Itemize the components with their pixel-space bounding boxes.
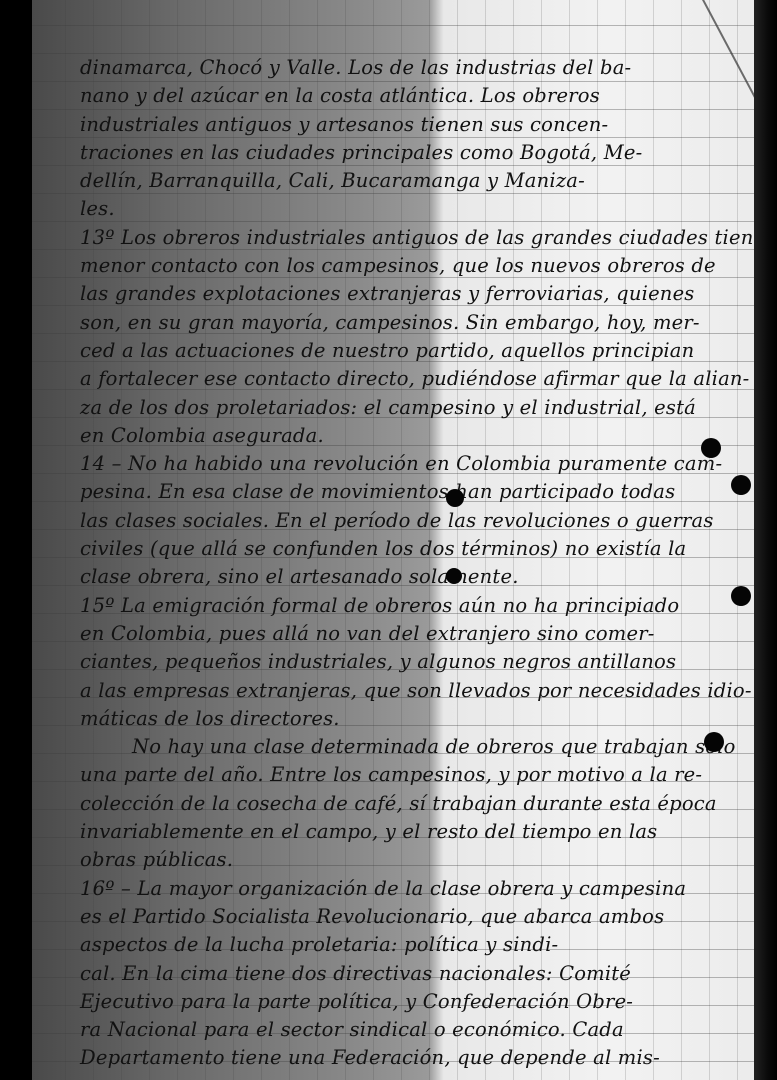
manuscript-line: 15º La emigración formal de obreros aún … (80, 592, 730, 620)
manuscript-line: las grandes explotaciones extranjeras y … (80, 280, 730, 308)
manuscript-line: traciones en las ciudades principales co… (80, 139, 730, 167)
manuscript-line: dinamarca, Chocó y Valle. Los de las ind… (80, 54, 730, 82)
ink-blot (446, 489, 464, 507)
manuscript-line: 13º Los obreros industriales antiguos de… (80, 224, 730, 252)
manuscript-line: les. (80, 195, 730, 223)
punch-hole (701, 438, 721, 458)
manuscript-line: ced a las actuaciones de nuestro partido… (80, 337, 730, 365)
handwritten-text-block: dinamarca, Chocó y Valle. Los de las ind… (80, 54, 730, 1073)
manuscript-line: colección de la cosecha de café, sí trab… (80, 790, 730, 818)
manuscript-line: cal. En la cima tiene dos directivas nac… (80, 960, 730, 988)
manuscript-line: za de los dos proletariados: el campesin… (80, 394, 730, 422)
ink-blot (446, 568, 462, 584)
manuscript-line: nano y del azúcar en la costa atlántica.… (80, 82, 730, 110)
punch-hole (731, 586, 751, 606)
manuscript-line: ra Nacional para el sector sindical o ec… (80, 1016, 730, 1044)
manuscript-line: Ejecutivo para la parte política, y Conf… (80, 988, 730, 1016)
manuscript-line: menor contacto con los campesinos, que l… (80, 252, 730, 280)
manuscript-line: clase obrera, sino el artesanado solamen… (80, 563, 730, 591)
manuscript-line: las clases sociales. En el período de la… (80, 507, 730, 535)
manuscript-line: 14 – No ha habido una revolución en Colo… (80, 450, 730, 478)
manuscript-line: en Colombia, pues allá no van del extran… (80, 620, 730, 648)
manuscript-line: es el Partido Socialista Revolucionario,… (80, 903, 730, 931)
manuscript-line: a las empresas extranjeras, que son llev… (80, 677, 730, 705)
manuscript-line: dellín, Barranquilla, Cali, Bucaramanga … (80, 167, 730, 195)
manuscript-line: aspectos de la lucha proletaria: polític… (80, 931, 730, 959)
manuscript-line: obras públicas. (80, 846, 730, 874)
manuscript-line: Departamento tiene una Federación, que d… (80, 1044, 730, 1072)
punch-hole (704, 732, 724, 752)
punch-hole (731, 475, 751, 495)
manuscript-line: son, en su gran mayoría, campesinos. Sin… (80, 309, 730, 337)
manuscript-line: 16º – La mayor organización de la clase … (80, 875, 730, 903)
manuscript-line: civiles (que allá se confunden los dos t… (80, 535, 730, 563)
manuscript-line: ciantes, pequeños industriales, y alguno… (80, 648, 730, 676)
manuscript-line: a fortalecer ese contacto directo, pudié… (80, 365, 730, 393)
manuscript-line: en Colombia asegurada. (80, 422, 730, 450)
manuscript-line: invariablemente en el campo, y el resto … (80, 818, 730, 846)
manuscript-line: máticas de los directores. (80, 705, 730, 733)
scan-right-border (754, 0, 777, 1080)
manuscript-line: pesina. En esa clase de movimientos han … (80, 478, 730, 506)
manuscript-line: industriales antiguos y artesanos tienen… (80, 111, 730, 139)
manuscript-line: una parte del año. Entre los campesinos,… (80, 761, 730, 789)
manuscript-line: No hay una clase determinada de obreros … (80, 733, 730, 761)
manuscript-page: dinamarca, Chocó y Valle. Los de las ind… (32, 0, 754, 1080)
